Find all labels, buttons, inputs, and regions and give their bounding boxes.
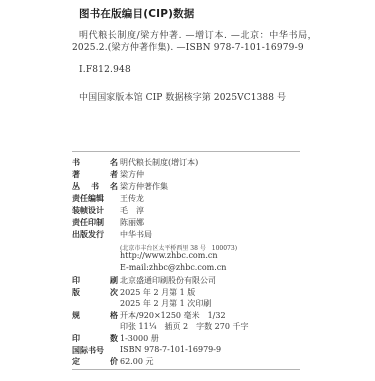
cip-record-line-2: 2025.2.(梁方仲著作集). —ISBN 978-7-101-16979-9 (72, 40, 304, 53)
colophon-label: 装帧设计 (72, 205, 118, 216)
colophon-label-part: 格 (110, 310, 118, 321)
cip-classification: Ⅰ.F812.948 (79, 65, 131, 75)
colophon-value: 梁方仲著作集 (120, 181, 168, 192)
colophon-value: 2025 年 2 月第 1 次印刷 (120, 298, 211, 309)
colophon-value: 1-3000 册 (120, 333, 159, 344)
colophon-label-part: 印 (72, 333, 80, 344)
colophon-label-part: 书 (72, 157, 80, 168)
colophon-label: 书名 (72, 157, 118, 168)
colophon-label: 定价 (72, 356, 118, 367)
colophon-value: ISBN 978-7-101-16979-9 (120, 345, 221, 354)
cip-number: 中国国家版本馆 CIP 数据核字第 2025VC1388 号 (79, 90, 286, 103)
colophon-label-part: 国际书号 (72, 345, 104, 356)
colophon-label-part: 次 (110, 287, 118, 298)
colophon-label-part: 著 (72, 169, 80, 180)
colophon-label: 责任印制 (72, 217, 118, 228)
colophon-label-part: 名 (110, 157, 118, 168)
colophon-value: http://www.zhbc.com.cn (120, 251, 218, 260)
colophon-label: 出版发行 (72, 229, 118, 240)
colophon-label-part: 责任印制 (72, 217, 104, 228)
colophon-label-part: 者 (110, 169, 118, 180)
colophon-value: 中华书局 (120, 229, 152, 240)
colophon-value: 明代粮长制度(增订本) (120, 157, 198, 168)
colophon-value: E-mail:zhbc@zhbc.com.cn (120, 263, 226, 272)
colophon-label-part: 刷 (110, 275, 118, 286)
colophon-label-part: 数 (110, 333, 118, 344)
colophon-label: 国际书号 (72, 345, 118, 356)
colophon-label-part: 价 (110, 356, 118, 367)
colophon-value: 62.00 元 (120, 356, 153, 367)
colophon-value: 陈丽娜 (120, 217, 144, 228)
colophon-value: 印张 11¼ 插页 2 字数 270 千字 (120, 321, 248, 332)
colophon-value: 王传龙 (120, 193, 144, 204)
bottom-divider (72, 369, 300, 370)
colophon-label-part: 版 (72, 287, 80, 298)
colophon-label-part: 丛 (72, 181, 80, 192)
colophon-label: 规格 (72, 310, 118, 321)
colophon-label: 版次 (72, 287, 118, 298)
colophon-label: 责任编辑 (72, 193, 118, 204)
colophon-value: 梁方仲 (120, 169, 144, 180)
colophon-value: 毛 淳 (120, 205, 144, 216)
top-divider (72, 151, 300, 152)
cip-heading: 图书在版编目(CIP)数据 (79, 6, 195, 21)
colophon-label: 印数 (72, 333, 118, 344)
colophon-label-part: 名 (110, 181, 118, 192)
colophon-label-part: 装帧设计 (72, 205, 104, 216)
colophon-label-part: 责任编辑 (72, 193, 104, 204)
colophon-value: 2025 年 2 月第 1 版 (120, 287, 195, 298)
colophon-label-part: 印 (72, 275, 80, 286)
colophon-label-part: 出版发行 (72, 229, 104, 240)
colophon-label: 著者 (72, 169, 118, 180)
colophon-label: 丛书名 (72, 181, 118, 192)
colophon-label-part: 规 (72, 310, 80, 321)
colophon-value: 开本/920×1250 毫米 1/32 (120, 310, 226, 321)
colophon-label-part: 定 (72, 356, 80, 367)
colophon-label: 印刷 (72, 275, 118, 286)
colophon-label-part: 书 (91, 181, 99, 192)
colophon-value: 北京盛通印刷股份有限公司 (120, 275, 216, 286)
